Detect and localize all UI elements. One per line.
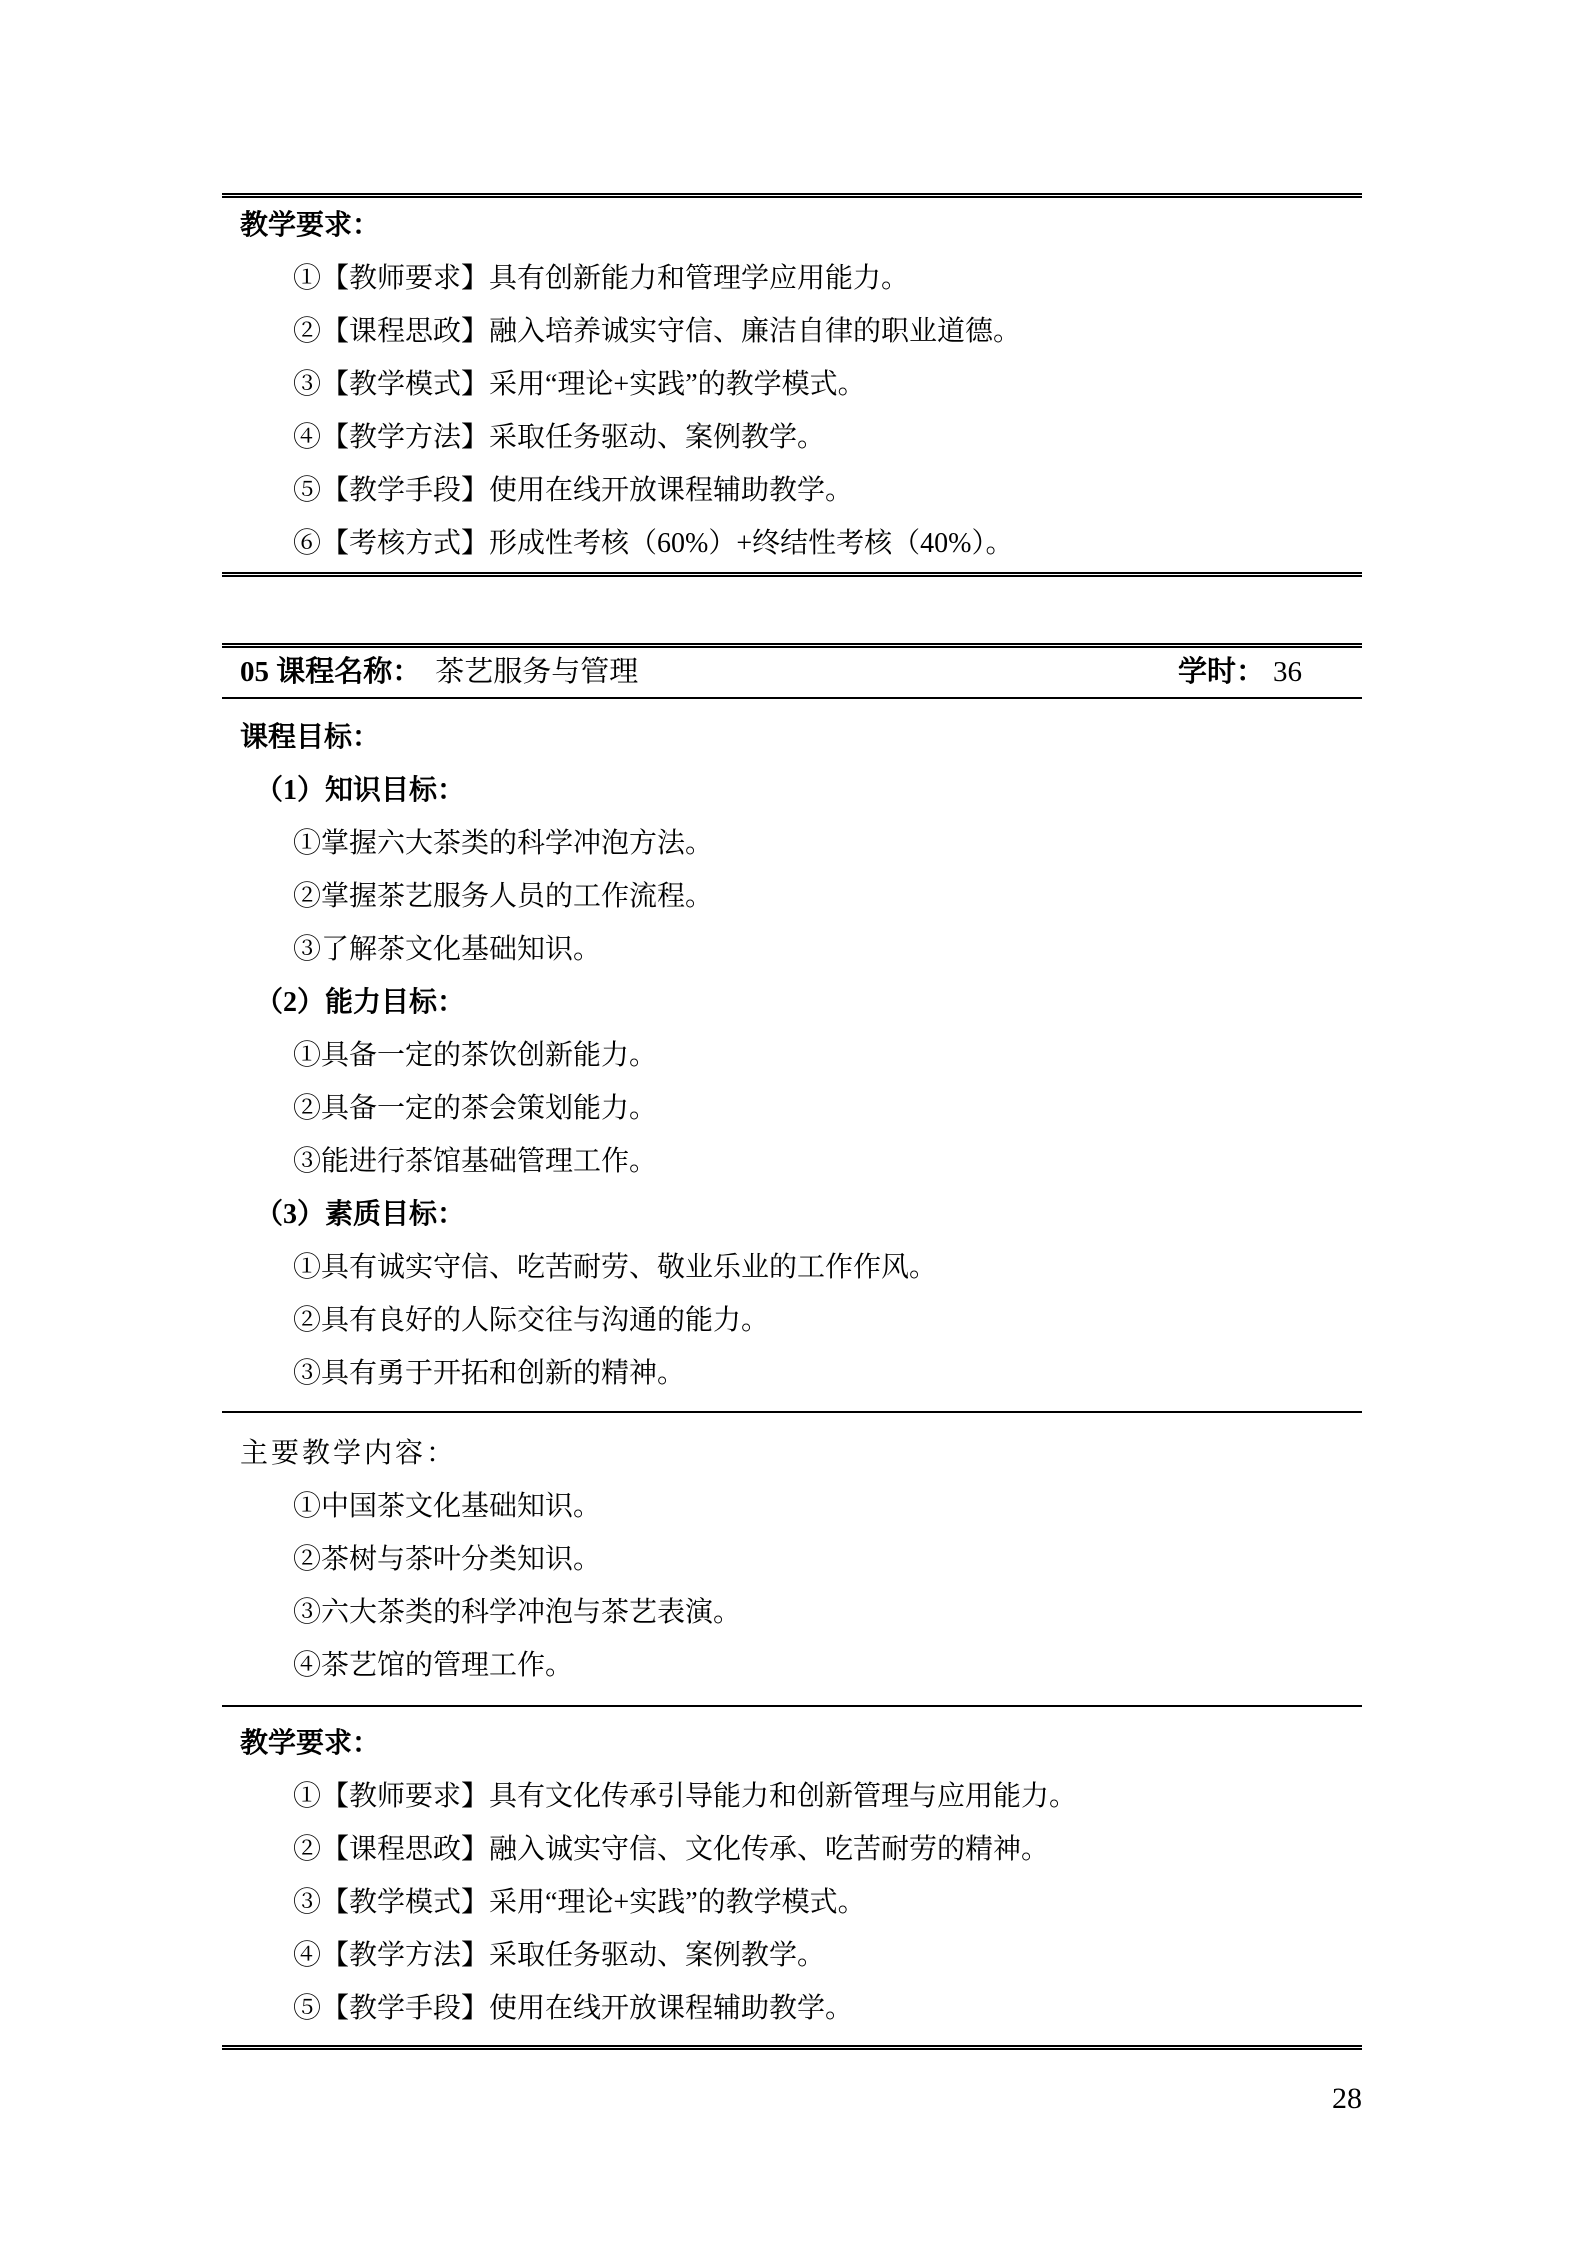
content-item: ①中国茶文化基础知识。	[222, 1480, 1362, 1533]
objective-item: ②具有良好的人际交往与沟通的能力。	[222, 1294, 1362, 1347]
requirement-item: ⑥【考核方式】形成性考核（60%）+终结性考核（40%）。	[222, 517, 1362, 570]
objective-group-title: （3）素质目标：	[222, 1188, 1362, 1241]
objective-item: ①掌握六大茶类的科学冲泡方法。	[222, 817, 1362, 870]
objective-group-title: （1）知识目标：	[222, 764, 1362, 817]
objective-item: ②掌握茶艺服务人员的工作流程。	[222, 870, 1362, 923]
objective-item: ③能进行茶馆基础管理工作。	[222, 1135, 1362, 1188]
requirement-item: ③【教学模式】采用“理论+实践”的教学模式。	[222, 358, 1362, 411]
content-item: ④茶艺馆的管理工作。	[222, 1639, 1362, 1692]
document-body: 教学要求： ①【教师要求】具有创新能力和管理学应用能力。 ②【课程思政】融入培养…	[222, 193, 1362, 2115]
requirement-item: ②【课程思政】融入培养诚实守信、廉洁自律的职业道德。	[222, 305, 1362, 358]
page-number: 28	[222, 2083, 1362, 2115]
objective-item: ②具备一定的茶会策划能力。	[222, 1082, 1362, 1135]
course-requirements-section: 教学要求： ①【教师要求】具有文化传承引导能力和创新管理与应用能力。 ②【课程思…	[222, 1707, 1362, 2050]
course-title: 05 课程名称：茶艺服务与管理	[222, 648, 638, 697]
course-header-row: 05 课程名称：茶艺服务与管理 学时：36	[222, 643, 1362, 699]
requirement-item: ①【教师要求】具有创新能力和管理学应用能力。	[222, 252, 1362, 305]
content-item: ②茶树与茶叶分类知识。	[222, 1533, 1362, 1586]
objective-item: ③了解茶文化基础知识。	[222, 923, 1362, 976]
hours-value: 36	[1273, 656, 1302, 688]
requirements-heading: 教学要求：	[222, 1717, 1362, 1770]
teaching-content-section: 主要教学内容： ①中国茶文化基础知识。 ②茶树与茶叶分类知识。 ③六大茶类的科学…	[222, 1413, 1362, 1707]
content-item: ③六大茶类的科学冲泡与茶艺表演。	[222, 1586, 1362, 1639]
requirement-item: ①【教师要求】具有文化传承引导能力和创新管理与应用能力。	[222, 1770, 1362, 1823]
objectives-heading: 课程目标：	[222, 711, 1362, 764]
course-number-label: 05 课程名称：	[240, 656, 421, 688]
hours-label: 学时：	[1178, 656, 1265, 688]
requirement-item: ②【课程思政】融入诚实守信、文化传承、吃苦耐劳的精神。	[222, 1823, 1362, 1876]
prev-course-requirements-section: 教学要求： ①【教师要求】具有创新能力和管理学应用能力。 ②【课程思政】融入培养…	[222, 193, 1362, 577]
requirement-item: ③【教学模式】采用“理论+实践”的教学模式。	[222, 1876, 1362, 1929]
course-objectives-section: 课程目标： （1）知识目标： ①掌握六大茶类的科学冲泡方法。 ②掌握茶艺服务人员…	[222, 699, 1362, 1413]
requirement-item: ④【教学方法】采取任务驱动、案例教学。	[222, 1929, 1362, 1982]
course-hours: 学时：36	[1178, 648, 1362, 697]
requirements-heading: 教学要求：	[222, 199, 1362, 252]
objective-item: ①具备一定的茶饮创新能力。	[222, 1029, 1362, 1082]
requirement-item: ⑤【教学手段】使用在线开放课程辅助教学。	[222, 1982, 1362, 2035]
document-page: 教学要求： ①【教师要求】具有创新能力和管理学应用能力。 ②【课程思政】融入培养…	[0, 0, 1587, 2245]
course-name: 茶艺服务与管理	[435, 656, 638, 688]
objective-group-title: （2）能力目标：	[222, 976, 1362, 1029]
requirement-item: ⑤【教学手段】使用在线开放课程辅助教学。	[222, 464, 1362, 517]
content-heading: 主要教学内容：	[222, 1427, 1362, 1480]
objective-item: ③具有勇于开拓和创新的精神。	[222, 1347, 1362, 1400]
requirement-item: ④【教学方法】采取任务驱动、案例教学。	[222, 411, 1362, 464]
objective-item: ①具有诚实守信、吃苦耐劳、敬业乐业的工作作风。	[222, 1241, 1362, 1294]
